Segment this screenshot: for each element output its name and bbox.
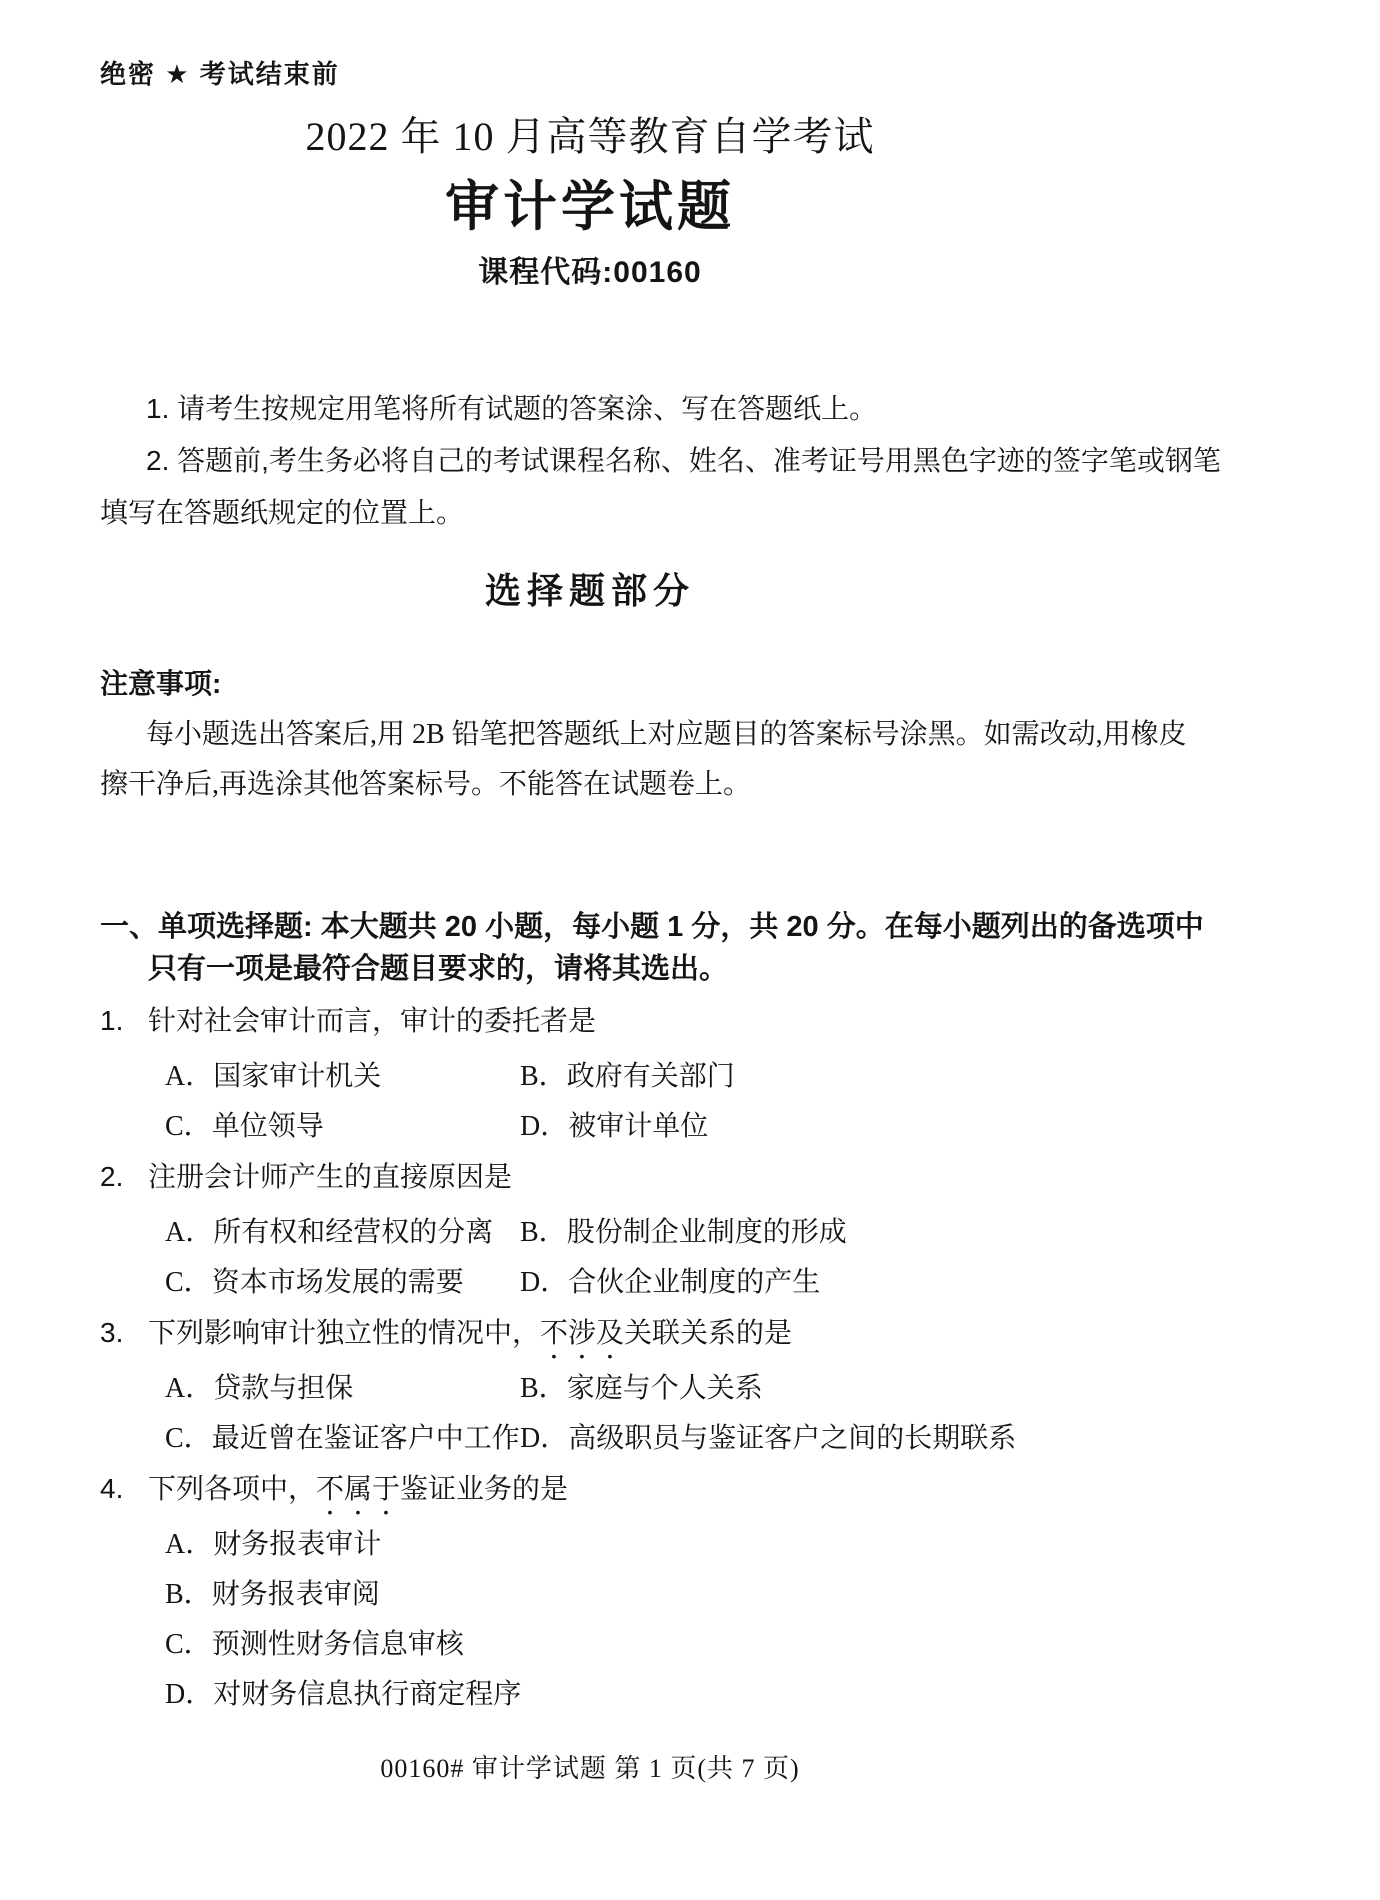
question-options: A．所有权和经营权的分离 B．股份制企业制度的形成 C．资本市场发展的需要 D．… (165, 1208, 1292, 1308)
security-classification-label: 绝密 ★ 考试结束前 (100, 0, 1292, 91)
question-options: A．财务报表审计 B．财务报表审阅 C．预测性财务信息审核 D．对财务信息执行商… (165, 1520, 1292, 1720)
exam-title: 审计学试题 (100, 164, 1080, 241)
question-stem: 4.下列各项中，不属于鉴证业务的是 (100, 1464, 1292, 1520)
question-4: 4.下列各项中，不属于鉴证业务的是 A．财务报表审计 B．财务报表审阅 C．预测… (100, 1464, 1292, 1720)
question-number: 1. (100, 996, 148, 1046)
single-choice-heading-line2: 只有一项是最符合题目要求的，请将其选出。 (100, 948, 1292, 990)
option-a: A．财务报表审计 (165, 1520, 1292, 1570)
option-c: C．最近曾在鉴证客户中工作 (165, 1414, 520, 1464)
question-stem: 1.针对社会审计而言，审计的委托者是 (100, 996, 1292, 1052)
option-b: B．家庭与个人关系 (520, 1364, 1292, 1414)
question-number: 2. (100, 1152, 148, 1202)
notice-heading: 注意事项: (100, 662, 1292, 702)
notice-line-2: 擦干净后,再选涂其他答案标号。不能答在试题卷上。 (100, 760, 1292, 810)
question-3: 3.下列影响审计独立性的情况中，不涉及关联关系的是 A．贷款与担保 B．家庭与个… (100, 1308, 1292, 1464)
question-options: A．贷款与担保 B．家庭与个人关系 C．最近曾在鉴证客户中工作 D．高级职员与鉴… (165, 1364, 1292, 1464)
question-2: 2.注册会计师产生的直接原因是 A．所有权和经营权的分离 B．股份制企业制度的形… (100, 1152, 1292, 1308)
question-options: A．国家审计机关 B．政府有关部门 C．单位领导 D．被审计单位 (165, 1052, 1292, 1152)
question-stem: 3.下列影响审计独立性的情况中，不涉及关联关系的是 (100, 1308, 1292, 1364)
option-a: A．所有权和经营权的分离 (165, 1208, 520, 1258)
multiple-choice-part-heading: 选择题部分 (100, 563, 1080, 614)
option-d: D．合伙企业制度的产生 (520, 1258, 1292, 1308)
general-instructions: 1. 请考生按规定用笔将所有试题的答案涂、写在答题纸上。 2. 答题前,考生务必… (100, 383, 1292, 539)
single-choice-section-heading: 一、单项选择题: 本大题共 20 小题，每小题 1 分，共 20 分。在每小题列… (100, 906, 1292, 990)
option-c: C．预测性财务信息审核 (165, 1620, 1292, 1670)
question-list: 1.针对社会审计而言，审计的委托者是 A．国家审计机关 B．政府有关部门 C．单… (100, 996, 1292, 1720)
notice-paragraph: 每小题选出答案后,用 2B 铅笔把答题纸上对应题目的答案标号涂黑。如需改动,用橡… (100, 710, 1292, 810)
option-b: B．政府有关部门 (520, 1052, 1292, 1102)
option-d: D．高级职员与鉴证客户之间的长期联系 (520, 1414, 1292, 1464)
option-a: A．国家审计机关 (165, 1052, 520, 1102)
option-b: B．股份制企业制度的形成 (520, 1208, 1292, 1258)
question-number: 3. (100, 1308, 148, 1358)
question-1: 1.针对社会审计而言，审计的委托者是 A．国家审计机关 B．政府有关部门 C．单… (100, 996, 1292, 1152)
option-d: D．对财务信息执行商定程序 (165, 1670, 1292, 1720)
instruction-line-1: 1. 请考生按规定用笔将所有试题的答案涂、写在答题纸上。 (100, 383, 1292, 435)
page-footer: 00160# 审计学试题 第 1 页(共 7 页) (100, 1748, 1080, 1785)
single-choice-heading-line1: 一、单项选择题: 本大题共 20 小题，每小题 1 分，共 20 分。在每小题列… (100, 906, 1292, 948)
exam-paper-page: 绝密 ★ 考试结束前 2022 年 10 月高等教育自学考试 审计学试题 课程代… (0, 0, 1380, 1900)
instruction-line-2: 2. 答题前,考生务必将自己的考试课程名称、姓名、准考证号用黑色字迹的签字笔或钢… (100, 435, 1292, 487)
option-c: C．资本市场发展的需要 (165, 1258, 520, 1308)
question-stem: 2.注册会计师产生的直接原因是 (100, 1152, 1292, 1208)
option-b: B．财务报表审阅 (165, 1570, 1292, 1620)
exam-session-title: 2022 年 10 月高等教育自学考试 (100, 105, 1080, 162)
course-code: 课程代码:00160 (100, 247, 1080, 291)
notice-line-1: 每小题选出答案后,用 2B 铅笔把答题纸上对应题目的答案标号涂黑。如需改动,用橡… (100, 710, 1292, 760)
instruction-line-2-continued: 填写在答题纸规定的位置上。 (100, 487, 1292, 539)
option-a: A．贷款与担保 (165, 1364, 520, 1414)
option-d: D．被审计单位 (520, 1102, 1292, 1152)
question-number: 4. (100, 1464, 148, 1514)
option-c: C．单位领导 (165, 1102, 520, 1152)
